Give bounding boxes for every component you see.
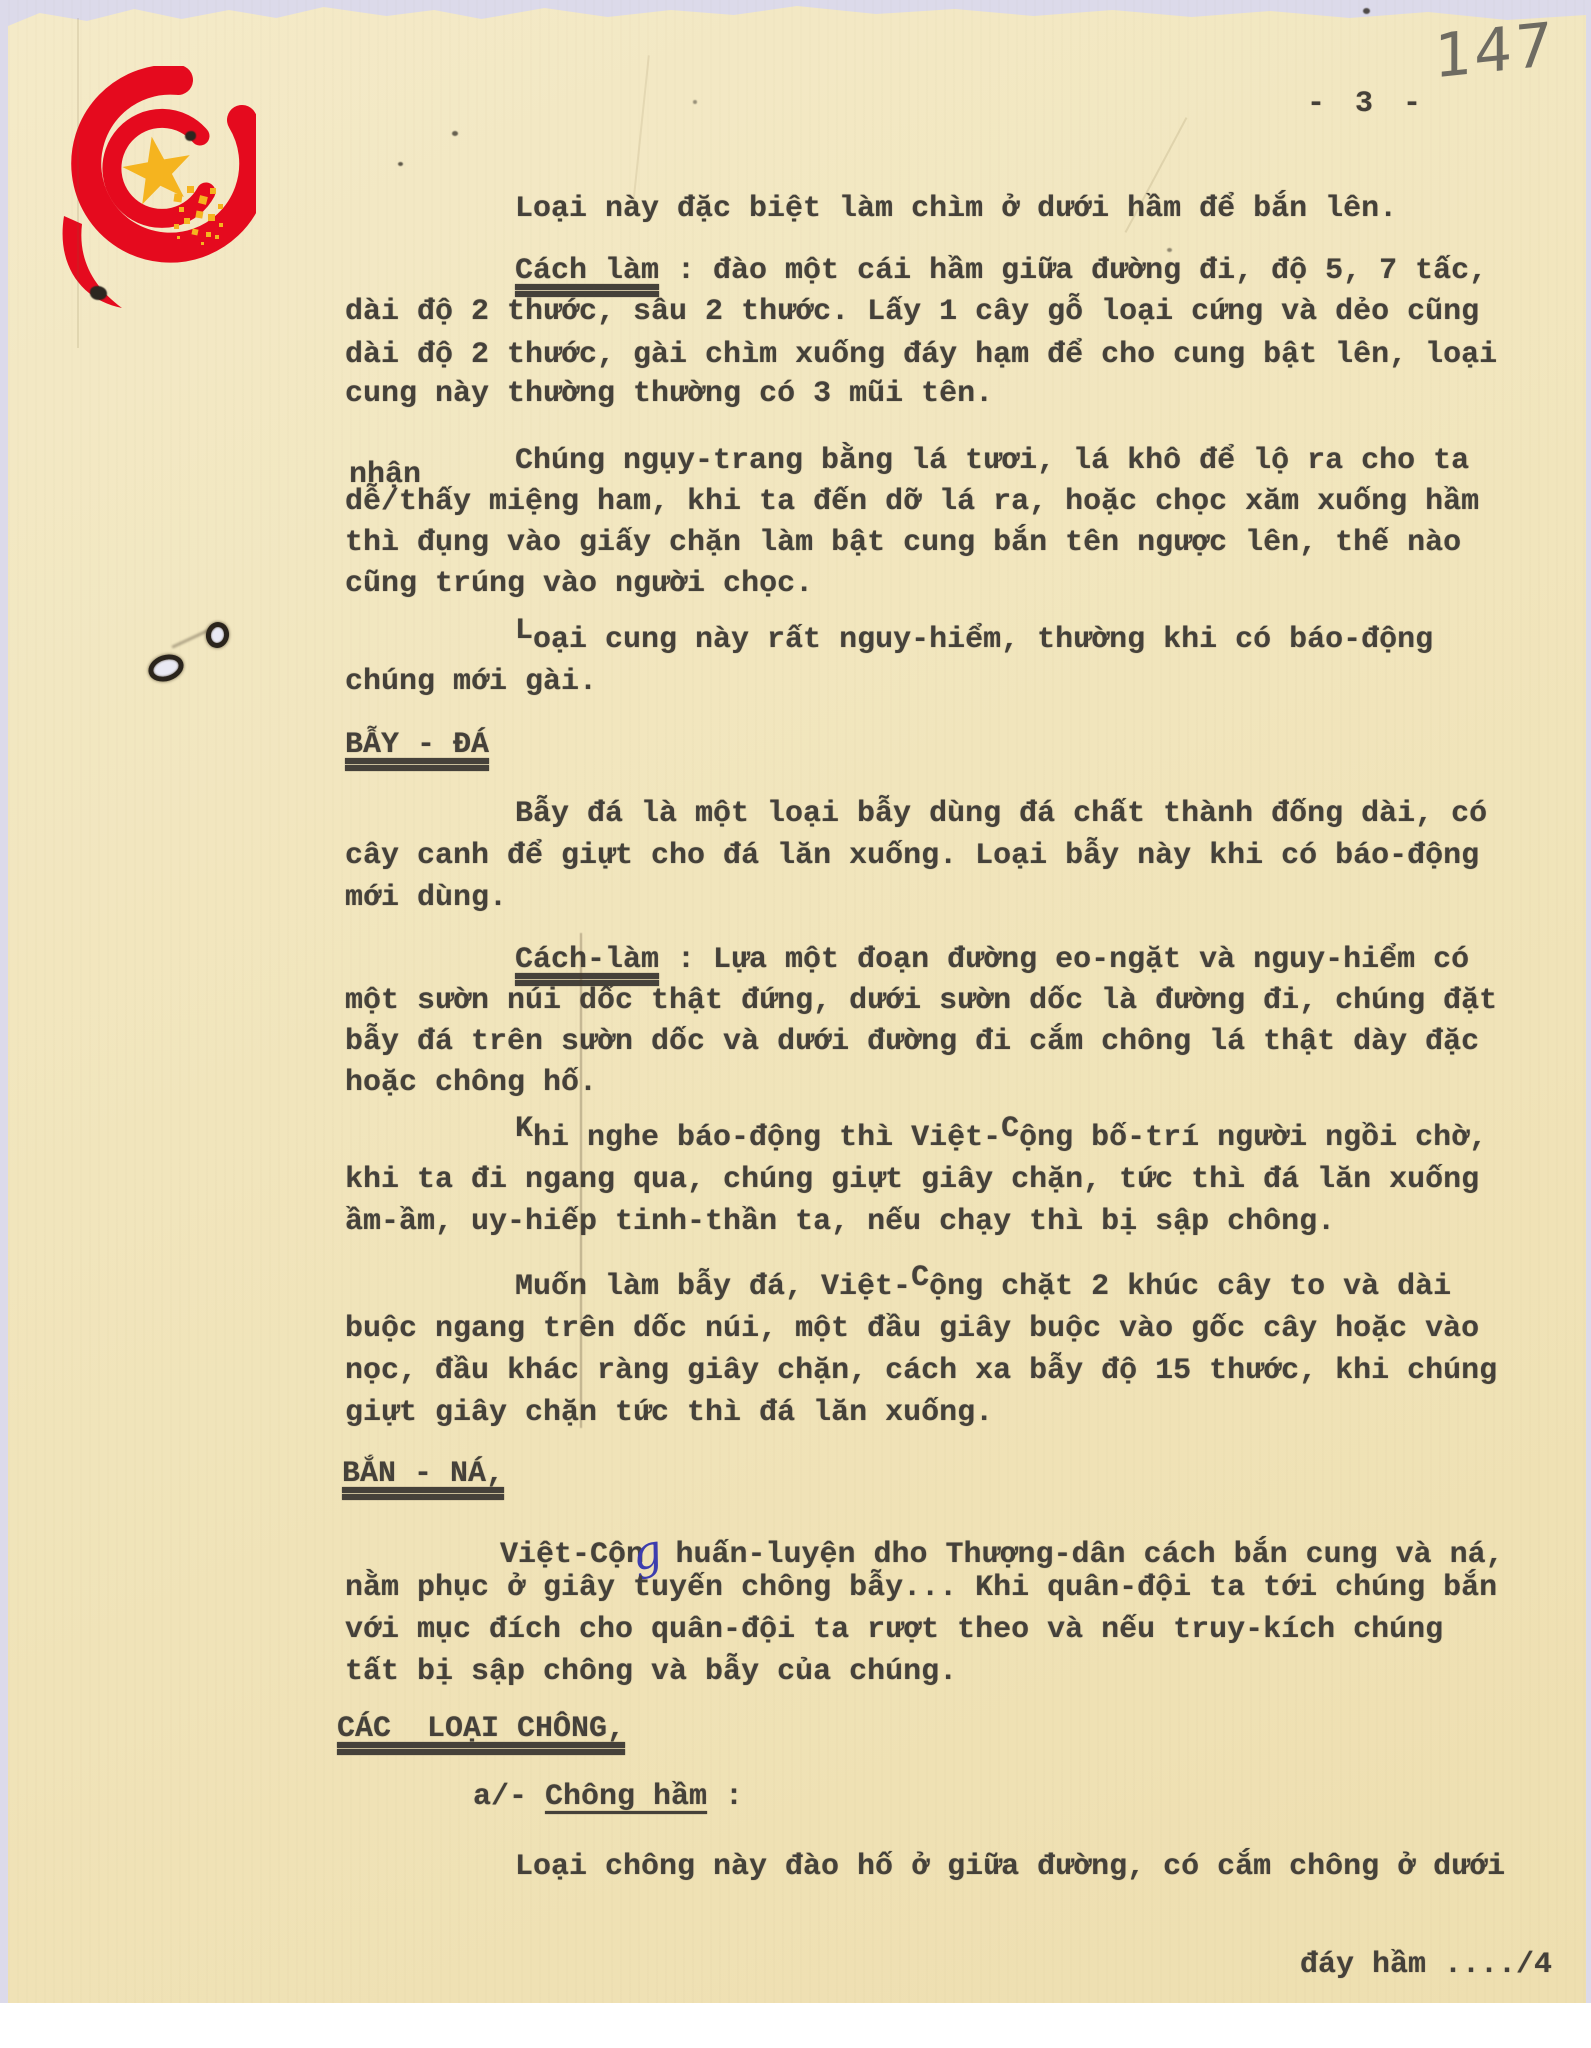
ink-blot bbox=[185, 131, 196, 141]
ink-speck bbox=[452, 131, 458, 136]
text-segment: mới dùng. bbox=[345, 881, 507, 915]
text-segment: ộng chặt 2 khúc cây to và dài bbox=[929, 1270, 1451, 1304]
text-line: bẫy đá trên sườn dốc và dưới đường đi cắ… bbox=[345, 1023, 1479, 1061]
heading-chong-ham: a/- Chông hầm : bbox=[473, 1778, 743, 1816]
text-segment: Loại chông này đào hố ở giữa đường, có c… bbox=[515, 1850, 1505, 1884]
text-line: Cách làm : đào một cái hầm giữa đường đi… bbox=[515, 252, 1487, 290]
text-line: khi ta đi ngang qua, chúng giựt giây chặ… bbox=[345, 1161, 1479, 1199]
archive-logo bbox=[46, 66, 256, 316]
text-line: một sườn núi dốc thật đứng, dưới sườn dố… bbox=[345, 982, 1497, 1020]
text-segment: khi ta đi ngang qua, chúng giựt giây chặ… bbox=[345, 1163, 1479, 1197]
text-segment: nọc, đầu khác ràng giây chặn, cách xa bẫ… bbox=[345, 1354, 1497, 1388]
text-segment: a/- bbox=[473, 1780, 545, 1814]
text-segment: : đào một cái hầm giữa đường đi, độ 5, 7… bbox=[659, 254, 1487, 288]
text-segment: Cách làm bbox=[515, 254, 659, 288]
text-line: Muốn làm bẫy đá, Việt-Cộng chặt 2 khúc c… bbox=[515, 1268, 1451, 1306]
text-segment: buộc ngang trên dốc núi, một đầu giây bu… bbox=[345, 1312, 1479, 1346]
text-segment: C bbox=[911, 1261, 929, 1295]
text-segment: ầm-ầm, uy-hiếp tinh-thần ta, nếu chạy th… bbox=[345, 1205, 1335, 1239]
scan-bottom-margin bbox=[0, 2003, 1591, 2048]
text-line: tất bị sập chông và bẫy của chúng. bbox=[345, 1653, 957, 1691]
text-line: cung này thường thường có 3 mũi tên. bbox=[345, 375, 993, 413]
text-segment: Loại này đặc biệt làm chìm ở dưới hầm để… bbox=[515, 192, 1397, 226]
ink-speck bbox=[398, 162, 403, 166]
handwritten-correction-g: g bbox=[628, 1530, 665, 1573]
text-segment: hi nghe báo-động thì Việt- bbox=[533, 1121, 1001, 1155]
text-segment: Chúng ngụy-trang bằng lá tươi, lá khô để… bbox=[515, 444, 1469, 478]
text-line: cũng trúng vào người chọc. bbox=[345, 565, 813, 603]
text-line: dài độ 2 thước, sâu 2 thước. Lấy 1 cây g… bbox=[345, 293, 1479, 331]
text-segment: BẪY - ĐÁ bbox=[345, 728, 489, 762]
text-line: chúng mới gài. bbox=[345, 663, 597, 701]
text-segment: : bbox=[707, 1780, 743, 1814]
text-segment: dễ/thấy miệng ham, khi ta đến dỡ lá ra, … bbox=[345, 485, 1479, 519]
text-segment: oại cung này rất nguy-hiểm, thường khi c… bbox=[533, 623, 1433, 657]
text-line: mới dùng. bbox=[345, 879, 507, 917]
text-line: giựt giây chặn tức thì đá lăn xuống. bbox=[345, 1394, 993, 1432]
text-line: với mục đích cho quân-đội ta rượt theo v… bbox=[345, 1611, 1443, 1649]
ink-speck bbox=[693, 100, 697, 104]
ink-speck bbox=[1167, 248, 1172, 252]
text-line: Loại cung này rất nguy-hiểm, thường khi … bbox=[515, 621, 1433, 659]
text-line: Loại chông này đào hố ở giữa đường, có c… bbox=[515, 1848, 1505, 1886]
text-segment: Muốn làm bẫy đá, Việt- bbox=[515, 1270, 911, 1304]
text-segment: C bbox=[1001, 1112, 1019, 1146]
text-segment: Bẫy đá là một loại bẫy dùng đá chất thàn… bbox=[515, 797, 1487, 831]
text-line: buộc ngang trên dốc núi, một đầu giây bu… bbox=[345, 1310, 1479, 1348]
text-segment: cung này thường thường có 3 mũi tên. bbox=[345, 377, 993, 411]
text-line: Khi nghe báo-động thì Việt-Cộng bố-trí n… bbox=[515, 1119, 1487, 1157]
text-segment: cũng trúng vào người chọc. bbox=[345, 567, 813, 601]
text-line: dài độ 2 thước, gài chìm xuống đáy hạm đ… bbox=[345, 336, 1497, 374]
text-segment: bẫy đá trên sườn dốc và dưới đường đi cắ… bbox=[345, 1025, 1479, 1059]
text-segment: dài độ 2 thước, sâu 2 thước. Lấy 1 cây g… bbox=[345, 295, 1479, 329]
page-number: - 3 - bbox=[1307, 87, 1427, 121]
text-segment: thì đụng vào giấy chặn làm bật cung bắn … bbox=[345, 526, 1461, 560]
text-segment: giựt giây chặn tức thì đá lăn xuống. bbox=[345, 1396, 993, 1430]
ink-speck bbox=[1363, 8, 1370, 14]
heading-bay-da: BẪY - ĐÁ bbox=[345, 726, 489, 764]
text-line: thì đụng vào giấy chặn làm bật cung bắn … bbox=[345, 524, 1461, 562]
text-segment: K bbox=[515, 1112, 533, 1146]
heading-cac-loai-chong: CÁC LOẠI CHÔNG, bbox=[337, 1710, 625, 1748]
text-segment: với mục đích cho quân-đội ta rượt theo v… bbox=[345, 1613, 1443, 1647]
document-scan: { "page": { "number": "- 3 -", "handwrit… bbox=[0, 0, 1591, 2048]
text-segment: một sườn núi dốc thật đứng, dưới sườn dố… bbox=[345, 984, 1497, 1018]
text-line: cây canh để giựt cho đá lăn xuống. Loại … bbox=[345, 837, 1479, 875]
text-line: Cách-làm : Lựa một đoạn đường eo-ngặt và… bbox=[515, 941, 1469, 979]
text-segment: nằm phục ở giây tuyến chông bẫy... Khi q… bbox=[345, 1571, 1497, 1605]
text-segment: hoặc chông hố. bbox=[345, 1066, 597, 1100]
text-segment: huấn-luyện dho Thượng-dân cách bắn cung … bbox=[657, 1538, 1503, 1572]
text-line: hoặc chông hố. bbox=[345, 1064, 597, 1102]
ink-blot bbox=[90, 286, 107, 300]
text-line: Việt-Cộng huấn-luyện dho Thượng-dân cách… bbox=[500, 1527, 1504, 1574]
text-line: Loại này đặc biệt làm chìm ở dưới hầm để… bbox=[515, 190, 1397, 228]
text-segment: L bbox=[515, 614, 533, 648]
text-line: nằm phục ở giây tuyến chông bẫy... Khi q… bbox=[345, 1569, 1497, 1607]
text-line: Bẫy đá là một loại bẫy dùng đá chất thàn… bbox=[515, 795, 1487, 833]
text-segment: CÁC LOẠI CHÔNG, bbox=[337, 1712, 625, 1746]
heading-ban-na: BẮN - NÁ, bbox=[342, 1455, 504, 1493]
text-segment: BẮN - NÁ, bbox=[342, 1457, 504, 1491]
text-line: ầm-ầm, uy-hiếp tinh-thần ta, nếu chạy th… bbox=[345, 1203, 1335, 1241]
text-segment: ộng bố-trí người ngồi chờ, bbox=[1019, 1121, 1487, 1155]
footer-catchword: đáy hầm ..../4 bbox=[1300, 1948, 1552, 1982]
text-segment: Cách-làm bbox=[515, 943, 659, 977]
text-segment: tất bị sập chông và bẫy của chúng. bbox=[345, 1655, 957, 1689]
text-line: Chúng ngụy-trang bằng lá tươi, lá khô để… bbox=[515, 442, 1469, 480]
text-line: nọc, đầu khác ràng giây chặn, cách xa bẫ… bbox=[345, 1352, 1497, 1390]
handwritten-page-annotation: 147 bbox=[1434, 10, 1554, 93]
text-segment: cây canh để giựt cho đá lăn xuống. Loại … bbox=[345, 839, 1479, 873]
text-segment: Việt-Cộn bbox=[500, 1538, 644, 1572]
text-segment: : Lựa một đoạn đường eo-ngặt và nguy-hiể… bbox=[659, 943, 1469, 977]
text-segment: chúng mới gài. bbox=[345, 665, 597, 699]
text-segment: dài độ 2 thước, gài chìm xuống đáy hạm đ… bbox=[345, 338, 1497, 372]
text-line: dễ/thấy miệng ham, khi ta đến dỡ lá ra, … bbox=[345, 483, 1479, 521]
text-segment: Chông hầm bbox=[545, 1780, 707, 1814]
